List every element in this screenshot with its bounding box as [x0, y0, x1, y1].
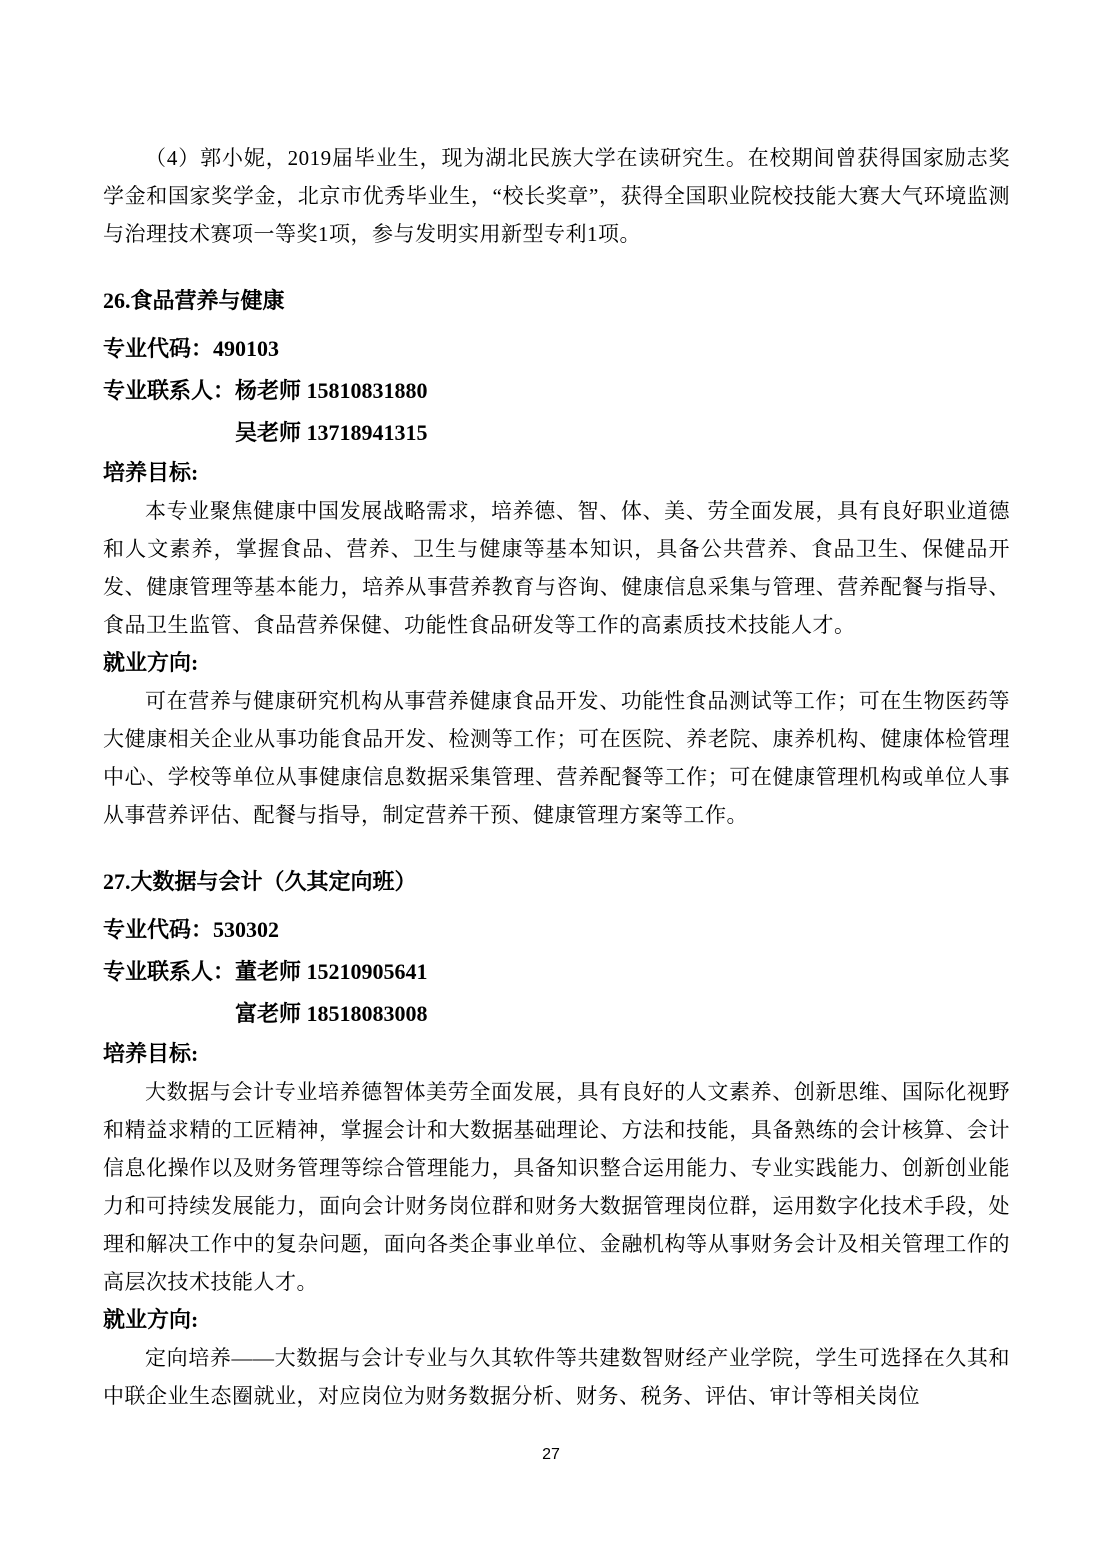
- intro-paragraph: （4）郭小妮，2019届毕业生，现为湖北民族大学在读研究生。在校期间曾获得国家励…: [103, 139, 1010, 253]
- objective-heading: 培养目标:: [103, 1035, 1010, 1073]
- major-code-line: 专业代码：490103: [103, 328, 1010, 370]
- objective-heading: 培养目标:: [103, 454, 1010, 492]
- section-big-data-accounting: 27.大数据与会计（久其定向班） 专业代码：530302 专业联系人： 董老师 …: [103, 861, 1010, 1415]
- career-heading: 就业方向:: [103, 644, 1010, 682]
- section-heading: 26.食品营养与健康: [103, 280, 1010, 322]
- contact-line: 专业联系人： 杨老师 15810831880 吴老师 13718941315: [103, 370, 1010, 454]
- document-page: （4）郭小妮，2019届毕业生，现为湖北民族大学在读研究生。在校期间曾获得国家励…: [0, 0, 1102, 1559]
- contact-values: 董老师 15210905641 富老师 18518083008: [235, 951, 428, 1035]
- contact-person-1: 杨老师 15810831880: [235, 370, 428, 412]
- contact-values: 杨老师 15810831880 吴老师 13718941315: [235, 370, 428, 454]
- section-food-nutrition: 26.食品营养与健康 专业代码：490103 专业联系人： 杨老师 158108…: [103, 280, 1010, 834]
- page-content: （4）郭小妮，2019届毕业生，现为湖北民族大学在读研究生。在校期间曾获得国家励…: [103, 0, 1010, 1415]
- major-code-value: 490103: [213, 336, 279, 361]
- career-text: 定向培养——大数据与会计专业与久其软件等共建数智财经产业学院，学生可选择在久其和…: [103, 1339, 1010, 1415]
- major-code-label: 专业代码：: [103, 917, 213, 942]
- major-code-value: 530302: [213, 917, 279, 942]
- contact-person-2: 吴老师 13718941315: [235, 412, 428, 454]
- contact-line: 专业联系人： 董老师 15210905641 富老师 18518083008: [103, 951, 1010, 1035]
- contact-label: 专业联系人：: [103, 370, 235, 412]
- page-number: 27: [0, 1446, 1102, 1464]
- contact-person-1: 董老师 15210905641: [235, 951, 428, 993]
- major-code-label: 专业代码：: [103, 336, 213, 361]
- objective-text: 大数据与会计专业培养德智体美劳全面发展，具有良好的人文素养、创新思维、国际化视野…: [103, 1073, 1010, 1301]
- major-code-line: 专业代码：530302: [103, 909, 1010, 951]
- career-text: 可在营养与健康研究机构从事营养健康食品开发、功能性食品测试等工作；可在生物医药等…: [103, 682, 1010, 834]
- section-heading: 27.大数据与会计（久其定向班）: [103, 861, 1010, 903]
- objective-text: 本专业聚焦健康中国发展战略需求，培养德、智、体、美、劳全面发展，具有良好职业道德…: [103, 492, 1010, 644]
- contact-person-2: 富老师 18518083008: [235, 993, 428, 1035]
- contact-label: 专业联系人：: [103, 951, 235, 993]
- career-heading: 就业方向:: [103, 1301, 1010, 1339]
